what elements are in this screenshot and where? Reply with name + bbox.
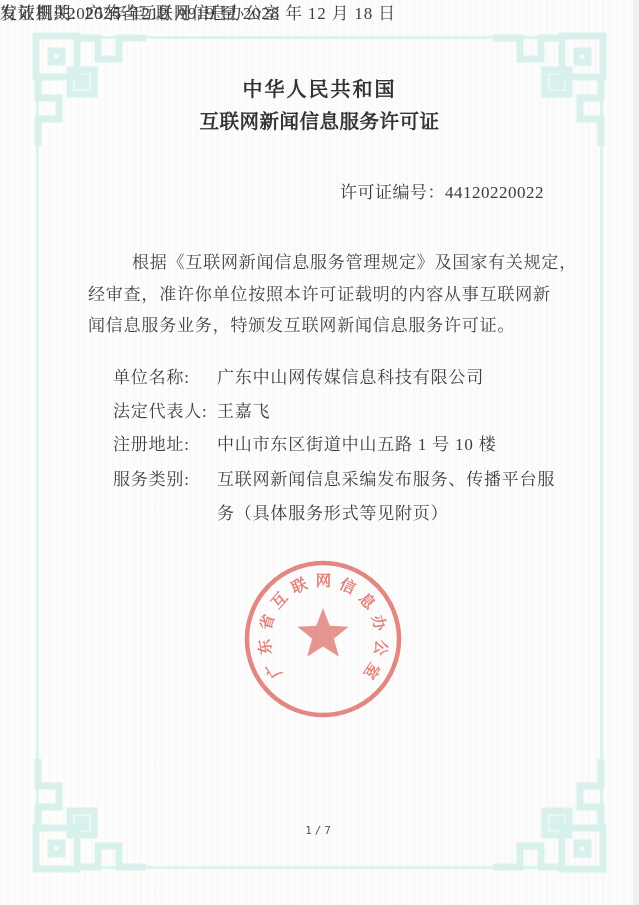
license-title: 互联网新闻信息服务许可证	[40, 109, 599, 137]
field-value: 中山市东区街道中山五路 1 号 10 楼	[217, 428, 567, 462]
field-value: 王嘉飞	[217, 395, 567, 429]
seal-text: 广东省互联网信息办公室	[255, 572, 391, 683]
issuance-label: 有效期:	[0, 0, 59, 28]
field-row-registered-address: 注册地址: 中山市东区街道中山五路 1 号 10 楼	[113, 428, 567, 462]
border-line-right	[600, 36, 603, 869]
field-row-unit-name: 单位名称: 广东中山网传媒信息科技有限公司	[113, 361, 567, 395]
seal-star-icon	[297, 608, 348, 657]
scan-edge-shadow	[633, 0, 639, 905]
official-seal: 广东省互联网信息办公室	[238, 554, 408, 724]
field-value: 互联网新闻信息采编发布服务、传播平台服务（具体服务形式等见附页）	[217, 463, 567, 531]
field-label: 单位名称:	[113, 361, 217, 395]
validity-period-row: 有效期: 2025 年 12 月 19 日至 2028 年 12 月 18 日	[0, 0, 396, 28]
issuance-value: 2025 年 12 月 19 日至 2028 年 12 月 18 日	[67, 0, 396, 28]
field-label: 注册地址:	[113, 428, 217, 462]
certificate-page: 中华人民共和国 互联网新闻信息服务许可证 许可证编号：44120220022 根…	[0, 0, 639, 905]
fret-corner-bottom-left-icon	[26, 759, 146, 879]
field-row-legal-representative: 法定代表人: 王嘉飞	[113, 395, 567, 429]
seal-ring	[247, 563, 399, 715]
field-label: 法定代表人:	[113, 395, 217, 429]
field-value: 广东中山网传媒信息科技有限公司	[217, 361, 567, 395]
license-number-label: 许可证编号：	[340, 183, 445, 202]
border-line-left	[36, 36, 39, 869]
fret-corner-bottom-right-icon	[493, 759, 613, 879]
body-paragraph: 根据《互联网新闻信息服务管理规定》及国家有关规定， 经审查，准许你单位按照本许可…	[88, 247, 588, 342]
field-label: 服务类别:	[113, 463, 217, 531]
license-number-value: 44120220022	[445, 183, 544, 202]
country-title: 中华人民共和国	[40, 76, 599, 104]
license-number-line: 许可证编号：44120220022	[340, 182, 544, 204]
field-row-service-category: 服务类别: 互联网新闻信息采编发布服务、传播平台服务（具体服务形式等见附页）	[113, 463, 567, 531]
page-number: 1/7	[0, 824, 639, 837]
